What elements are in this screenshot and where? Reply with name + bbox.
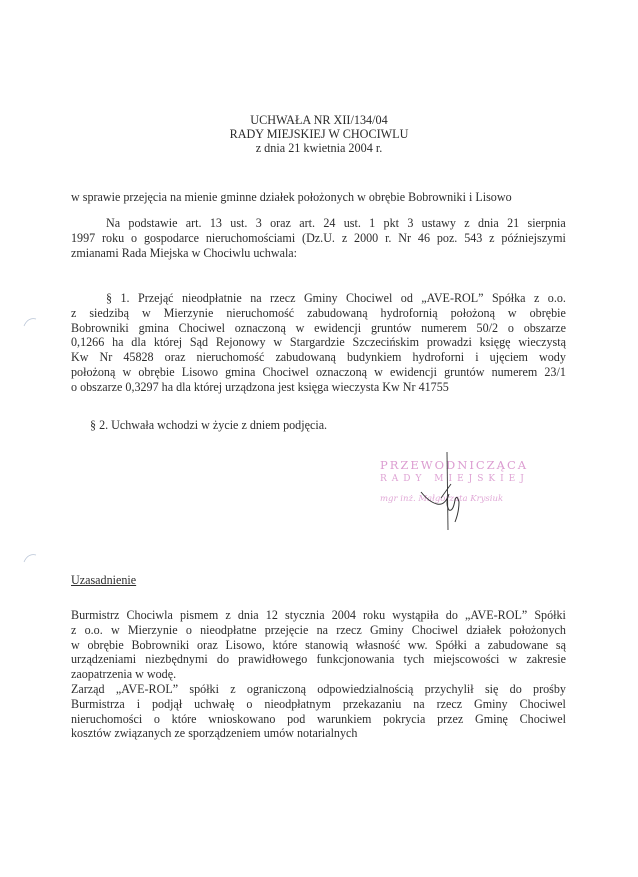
document-page: UCHWAŁA NR XII/134/04 RADY MIEJSKIEJ W C…: [0, 0, 638, 877]
text-line: BurmistrzChociwlapismemzdnia12stycznia20…: [71, 608, 566, 623]
punch-hole-mark: [22, 314, 38, 330]
resolution-subject: w sprawie przejęcia na mienie gminne dzi…: [71, 190, 566, 205]
text-line: urządzeniaminiezbędnymidoprawidłowegofun…: [71, 652, 566, 667]
text-line: 1997rokuogospodarcenieruchomościami(Dz.U…: [71, 231, 566, 246]
text-line: położonąwobrębieLisowogminaChociweloznac…: [71, 365, 566, 380]
text-line: Napodstawieart.13ust.3orazart.24ust.1pkt…: [71, 216, 566, 231]
text-line: 0,1266hadlaktórejSądRejonowywStargardzie…: [71, 335, 566, 350]
text-line: o obszarze 0,3297 ha dla której urządzon…: [71, 380, 566, 395]
issuing-body: RADY MIEJSKIEJ W CHOCIWLU: [0, 127, 638, 141]
handwritten-signature: [415, 450, 475, 535]
punch-hole-mark: [22, 550, 38, 566]
justification-body: BurmistrzChociwlapismemzdnia12stycznia20…: [71, 608, 566, 741]
resolution-number: UCHWAŁA NR XII/134/04: [0, 113, 638, 127]
resolution-header: UCHWAŁA NR XII/134/04 RADY MIEJSKIEJ W C…: [0, 113, 638, 155]
legal-basis: Napodstawieart.13ust.3orazart.24ust.1pkt…: [71, 216, 566, 260]
text-line: Zarząd„AVE-ROL”spółkizograniczonąodpowie…: [71, 682, 566, 697]
text-line: kosztów związanych ze sporządzeniem umów…: [71, 726, 566, 741]
paragraph-2: § 2. Uchwała wchodzi w życie z dniem pod…: [90, 418, 490, 433]
paragraph-1: §1.PrzejąćnieodpłatnienarzeczGminyChociw…: [71, 291, 566, 395]
text-line: KwNr45828oraznieruchomośćzabudowanąbudyn…: [71, 350, 566, 365]
text-line: BobrownikigminaChociweloznaczonąwewidenc…: [71, 321, 566, 336]
text-line: §1.PrzejąćnieodpłatnienarzeczGminyChociw…: [71, 291, 566, 306]
text-line: Burmistrzaipodjąłuchwałęonieodpłatnymprz…: [71, 697, 566, 712]
text-line: nieruchomościoktórewnioskowanopodwarunki…: [71, 712, 566, 727]
resolution-date: z dnia 21 kwietnia 2004 r.: [0, 141, 638, 155]
text-line: zsiedzibąwMierzynienieruchomośćzabudowan…: [71, 306, 566, 321]
justification-heading: Uzasadnienie: [71, 573, 566, 588]
text-line: zaopatrzenia w wodę.: [71, 667, 566, 682]
text-line: zmianami Rada Miejska w Chociwlu uchwala…: [71, 246, 566, 261]
text-line: zo.o.wMierzynieonieodpłatneprzejęcienarz…: [71, 623, 566, 638]
text-line: wobrębieBobrownikiorazLisowo,którestanow…: [71, 638, 566, 653]
